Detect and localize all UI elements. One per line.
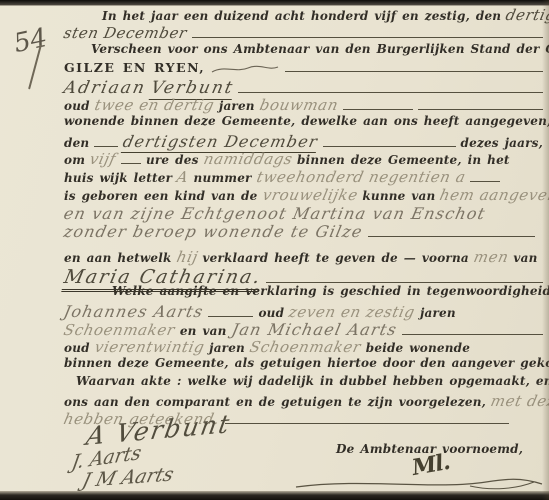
handwritten-text: men <box>472 248 510 266</box>
printed-text: wonende binnen deze Gemeente, dewelke aa… <box>64 114 549 128</box>
blank-rule <box>343 105 413 110</box>
line-witness1: Johannes Aarts oud zeven en zestig jaren <box>64 302 543 320</box>
printed-text: en van <box>180 324 227 338</box>
line-age-occupation: oud twee en dertig jaren bouwman <box>64 96 543 114</box>
line-names-given: en aan hetwelk hij verklaard heeft te ge… <box>64 248 543 266</box>
line-date-written: sten December <box>64 24 543 42</box>
line-year: In het jaar een duizend acht honderd vij… <box>64 6 543 24</box>
blank-rule <box>368 232 535 237</box>
blank-rule <box>225 419 509 424</box>
handwritten-text: twee en dertig <box>93 96 216 114</box>
line-witness2: Schoenmaker en van Jan Michael Aarts <box>64 320 543 338</box>
signature-flourish <box>294 474 546 492</box>
line-residing: wonende binnen deze Gemeente, dewelke aa… <box>64 114 543 132</box>
handwritten-text: vrouwelijke <box>261 186 360 204</box>
pen-flourish <box>210 63 280 75</box>
printed-text: huis wijk letter <box>64 171 172 185</box>
line-birth-date: den dertigsten December dezes jaars, <box>64 132 543 150</box>
line-declarant-name: Adriaan Verbunt <box>64 78 543 96</box>
printed-text: Waarvan akte : welke wij dadelijk in dub… <box>76 374 549 388</box>
handwritten-text: bouwman <box>258 96 340 114</box>
printed-text: oud <box>64 99 90 113</box>
printed-text: GILZE EN RYEN, <box>64 60 205 75</box>
record-number: 54 <box>11 23 50 59</box>
handwritten-text: Schoenmaker <box>248 338 363 356</box>
printed-text: ure des <box>146 153 199 167</box>
line-witnesses-residence: binnen deze Gemeente, als getuigen hiert… <box>64 356 543 374</box>
printed-text: ons aan den comparant en de getuigen te … <box>64 395 486 409</box>
handwritten-text: met dezelve <box>489 392 549 410</box>
printed-text: oud <box>258 306 284 320</box>
printed-text: om <box>64 153 85 167</box>
printed-text: dezes jaars, <box>461 136 543 150</box>
handwritten-text: Adriaan <box>62 78 148 98</box>
handwritten-text: Schoenmaker <box>62 321 177 339</box>
printed-text: jaren <box>219 99 255 113</box>
printed-text: binnen deze Gemeente, als getuigen hiert… <box>64 356 549 370</box>
handwritten-text: zonder beroep wonende te Gilze <box>62 222 365 241</box>
printed-text: kunne van <box>362 189 435 203</box>
line-appeared: Verscheen voor ons Ambtenaar van den Bur… <box>64 42 543 60</box>
blank-rule <box>418 105 543 110</box>
line-child-names: Maria Catharina. <box>64 266 543 284</box>
printed-text: In het jaar een duizend acht honderd vij… <box>102 9 501 23</box>
line-witness2-age: oud vierentwintig jaren Schoenmaker beid… <box>64 338 543 356</box>
handwritten-text: hij <box>175 248 200 266</box>
blank-rule <box>323 142 455 147</box>
handwritten-text: dertig- <box>504 6 549 24</box>
handwritten-text: en van zijne Echtgenoot Martina van Ensc… <box>62 204 488 223</box>
printed-text: jaren <box>420 306 456 320</box>
line-act-closing2: ons aan den comparant en de getuigen te … <box>64 392 543 410</box>
handwritten-text: vijf <box>88 150 118 168</box>
blank-rule <box>238 88 543 93</box>
blank-rule <box>94 142 118 147</box>
blank-rule <box>402 330 543 335</box>
birth-certificate-page: 54 In het jaar een duizend acht honderd … <box>0 0 549 500</box>
handwritten-text: hem aangever <box>439 186 549 204</box>
handwritten-text: Johannes Aarts <box>62 302 205 321</box>
printed-text: Verscheen voor ons Ambtenaar van den Bur… <box>91 42 549 56</box>
printed-text: jaren <box>209 341 245 355</box>
blank-rule <box>208 312 253 317</box>
handwritten-text: vierentwintig <box>93 338 206 356</box>
handwritten-text: zeven en zestig <box>287 303 417 321</box>
printed-text: is geboren een kind van de <box>64 189 258 203</box>
printed-text: nummer <box>194 171 252 185</box>
signature-block: A Verbunt J. Aarts J M Aarts De Ambtenaa… <box>0 426 549 492</box>
line-mother-residence: zonder beroep wonende te Gilze <box>64 222 543 240</box>
handwritten-text: tweehonderd negentien a <box>255 168 467 186</box>
line-mother: en van zijne Echtgenoot Martina van Ensc… <box>64 204 543 222</box>
blank-rule <box>470 177 500 182</box>
printed-text: den <box>64 136 89 150</box>
blank-rule <box>285 67 543 72</box>
printed-text: van <box>513 251 537 265</box>
handwritten-text: namiddags <box>202 150 294 168</box>
line-house-number: huis wijk letter A nummer tweehonderd ne… <box>64 168 543 186</box>
printed-text: oud <box>64 341 90 355</box>
line-act-closing1: Waarvan akte : welke wij dadelijk in dub… <box>64 374 543 392</box>
printed-text: binnen deze Gemeente, in het <box>297 153 510 167</box>
handwritten-text: Maria Catharina. <box>61 266 264 292</box>
blank-rule <box>266 278 543 283</box>
line-child-sex: is geboren een kind van de vrouwelijke k… <box>64 186 543 204</box>
printed-text: verklaard heeft te geven de — voorna <box>202 251 468 265</box>
printed-text: en aan hetwelk <box>64 251 172 265</box>
blank-rule <box>121 159 141 164</box>
page-bottom-edge <box>0 491 549 500</box>
line-municipality: GILZE EN RYEN, <box>64 60 543 78</box>
handwritten-text: Jan Michael Aarts <box>230 320 399 339</box>
handwritten-text: A <box>175 168 190 186</box>
printed-text: beide wonende <box>366 341 470 355</box>
blank-rule <box>192 33 543 38</box>
act-text: In het jaar een duizend acht honderd vij… <box>64 6 543 428</box>
handwritten-text: sten December <box>62 24 189 42</box>
